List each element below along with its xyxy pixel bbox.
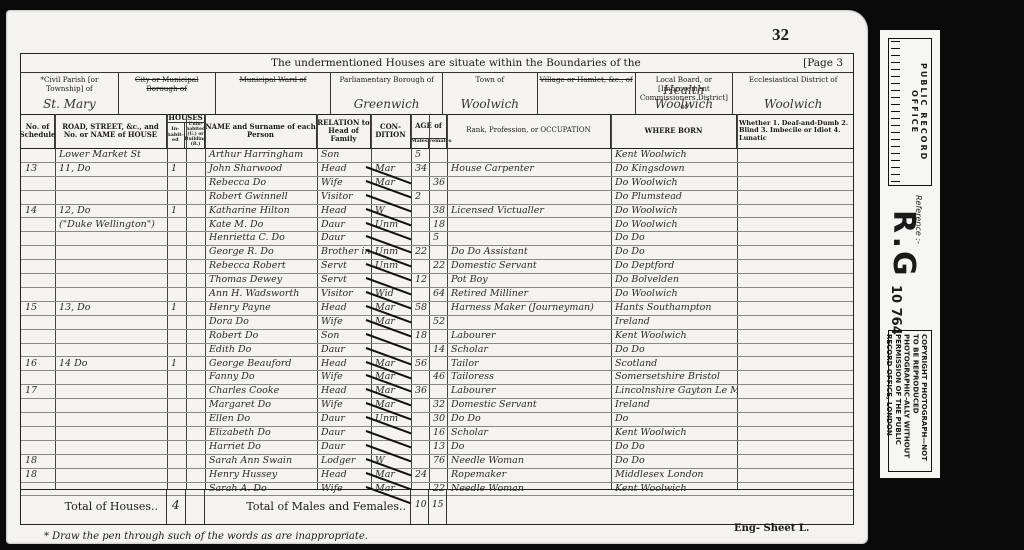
occupation-cell [447, 218, 611, 232]
female-age-cell: 46 [429, 370, 447, 384]
relation-cell: Daur [317, 440, 371, 454]
relation-cell: Visitor [317, 287, 371, 301]
road-cell: 14 Do [55, 357, 167, 371]
male-age-cell [411, 398, 429, 412]
male-age-cell: 12 [411, 273, 429, 287]
table-row: Robert DoSon18LabourerKent Woolwich [21, 329, 853, 344]
male-age-cell [411, 454, 429, 468]
female-age-cell [429, 301, 447, 315]
female-age-cell [429, 329, 447, 343]
male-age-cell [411, 412, 429, 426]
relation-cell: Visitor [317, 190, 371, 204]
total-houses-value: 4 [172, 498, 180, 512]
occupation-cell: Needle Woman [447, 454, 611, 468]
inhabited-cell [167, 329, 186, 343]
table-row: 1614 Do1George BeaufordHeadMar56TailorSc… [21, 357, 853, 372]
table-row: 1412, Do1Katharine HiltonHeadW38Licensed… [21, 204, 853, 219]
occupation-cell [447, 176, 611, 190]
condition-cell [371, 329, 411, 343]
relation-cell: Servt [317, 273, 371, 287]
schedule-cell [21, 329, 55, 343]
relation-cell: Wife [317, 176, 371, 190]
occupation-cell: Do [447, 440, 611, 454]
occupation-cell [447, 231, 611, 245]
schedule-cell [21, 273, 55, 287]
admin-field-value: St. Mary [21, 97, 118, 111]
road-cell [55, 231, 167, 245]
male-age-cell: 5 [411, 148, 429, 162]
admin-field-label: Town of [443, 75, 537, 84]
relation-cell: Head [317, 384, 371, 398]
female-age-cell: 18 [429, 218, 447, 232]
name-cell: Henry Hussey [205, 468, 317, 482]
name-cell: Kate M. Do [205, 218, 317, 232]
male-age-cell: 24 [411, 468, 429, 482]
condition-cell [371, 440, 411, 454]
female-age-cell [429, 273, 447, 287]
inhabited-cell [167, 245, 186, 259]
schedule-cell [21, 176, 55, 190]
header-uninhabited: Unin-habited (U.) or Building (B.) [185, 123, 207, 148]
admin-field-label: Village or Hamlet, &c., of [538, 75, 635, 84]
total-males: 10 [415, 500, 426, 510]
header-relation: RELATION to Head of Family [317, 114, 371, 148]
name-cell: Edith Do [205, 343, 317, 357]
female-age-cell: 76 [429, 454, 447, 468]
header-where-born: WHERE BORN [611, 114, 737, 148]
admin-field: Village or Hamlet, &c., of [538, 72, 636, 114]
inhabited-cell [167, 218, 186, 232]
schedule-cell [21, 259, 55, 273]
male-age-cell [411, 231, 429, 245]
condition-cell: Mar [371, 357, 411, 371]
relation-cell: Daur [317, 426, 371, 440]
where-born-cell: Do Woolwich [611, 218, 737, 232]
schedule-cell [21, 245, 55, 259]
where-born-cell: Somersetshire Bristol [611, 370, 737, 384]
name-cell: Fanny Do [205, 370, 317, 384]
female-age-cell: 64 [429, 287, 447, 301]
table-row: 18Sarah Ann SwainLodgerW76Needle WomanDo… [21, 454, 853, 469]
road-cell [55, 398, 167, 412]
male-age-cell [411, 259, 429, 273]
admin-field: Municipal Ward of [216, 72, 332, 114]
name-cell: Robert Do [205, 329, 317, 343]
relation-cell: Wife [317, 398, 371, 412]
header-name: NAME and Surname of each Person [205, 114, 317, 148]
inhabited-cell [167, 148, 186, 162]
male-age-cell: 58 [411, 301, 429, 315]
where-born-cell: Ireland [611, 398, 737, 412]
relation-cell: Daur [317, 343, 371, 357]
schedule-cell [21, 315, 55, 329]
record-office-label: PUBLIC RECORD OFFICE [910, 39, 928, 185]
relation-cell: Brother in Law [317, 245, 371, 259]
header-road: ROAD, STREET, &c., and No. or NAME of HO… [55, 114, 167, 148]
table-row: Lower Market StArthur HarringhamSon5Kent… [21, 148, 853, 163]
name-cell: Elizabeth Do [205, 426, 317, 440]
administrative-areas: *Civil Parish [or Township] ofSt. MaryCi… [21, 72, 853, 115]
road-cell [55, 426, 167, 440]
admin-field-label: Ecclesiastical District of [733, 75, 853, 84]
inhabited-cell [167, 468, 186, 482]
table-row: Harriet DoDaur13DoDo Do [21, 440, 853, 455]
boundaries-text: The undermentioned Houses are situate wi… [271, 57, 641, 69]
page-label: [Page 3 [803, 57, 843, 69]
occupation-cell: Labourer [447, 384, 611, 398]
table-row: Elizabeth DoDaur16ScholarKent Woolwich [21, 426, 853, 441]
sheet-id: Eng- Sheet L. [734, 523, 809, 534]
condition-cell: Wid [371, 287, 411, 301]
schedule-cell [21, 398, 55, 412]
male-age-cell: 34 [411, 162, 429, 176]
schedule-cell [21, 148, 55, 162]
ruler-scale: PUBLIC RECORD OFFICE [888, 38, 932, 186]
female-age-cell [429, 148, 447, 162]
totals-males-cell: 10 [411, 490, 429, 524]
male-age-cell: 2 [411, 190, 429, 204]
male-age-cell [411, 204, 429, 218]
where-born-cell: Do Woolwich [611, 176, 737, 190]
where-born-cell: Do Do [611, 343, 737, 357]
header-schedule: No. of Schedule [21, 114, 55, 148]
totals-persons-cell: Total of Males and Females.. [205, 490, 411, 524]
table-row: 1311, Do1John SharwoodHeadMar34House Car… [21, 162, 853, 177]
inhabited-cell [167, 370, 186, 384]
schedule-cell: 18 [21, 468, 55, 482]
occupation-cell: Tailor [447, 357, 611, 371]
total-houses-label: Total of Houses.. [65, 500, 158, 513]
table-row: Ann H. WadsworthVisitorWid64Retired Mill… [21, 287, 853, 302]
road-cell [55, 370, 167, 384]
totals-females-cell: 15 [429, 490, 447, 524]
occupation-cell: Scholar [447, 426, 611, 440]
name-cell: Katharine Hilton [205, 204, 317, 218]
condition-cell [371, 190, 411, 204]
admin-field-label: Parliamentary Borough of [331, 75, 442, 84]
column-headers: No. of Schedule ROAD, STREET, &c., and N… [21, 114, 853, 149]
admin-field-label: Municipal Ward of [216, 75, 331, 84]
occupation-cell: Pot Boy [447, 273, 611, 287]
ruler-ticks [891, 41, 909, 183]
header-condition: CON-DITION [371, 114, 411, 148]
occupation-cell: Tailoress [447, 370, 611, 384]
male-age-cell [411, 218, 429, 232]
name-cell: Harriet Do [205, 440, 317, 454]
female-age-cell: 52 [429, 315, 447, 329]
occupation-cell: Ropemaker [447, 468, 611, 482]
name-cell: Rebecca Robert [205, 259, 317, 273]
condition-cell: W [371, 454, 411, 468]
table-row: Henrietta C. DoDaur5Do Do [21, 231, 853, 246]
table-row: George R. DoBrother in LawUnm22Do Do Ass… [21, 245, 853, 260]
page-number: 32 [772, 25, 789, 45]
inhabited-cell [167, 440, 186, 454]
road-cell [55, 440, 167, 454]
name-cell: Henrietta C. Do [205, 231, 317, 245]
male-age-cell [411, 176, 429, 190]
female-age-cell [429, 468, 447, 482]
relation-cell: Daur [317, 412, 371, 426]
inhabited-cell [167, 287, 186, 301]
inhabited-cell [167, 273, 186, 287]
admin-field-value: Greenwich [331, 97, 442, 111]
header-infirmity: Whether 1. Deaf-and-Dumb 2. Blind 3. Imb… [737, 114, 853, 148]
table-row: Ellen DoDaurUnm30Do DoDo [21, 412, 853, 427]
female-age-cell: 30 [429, 412, 447, 426]
road-cell: Lower Market St [55, 148, 167, 162]
road-cell [55, 384, 167, 398]
schedule-cell: 16 [21, 357, 55, 371]
boundaries-header: The undermentioned Houses are situate wi… [21, 54, 853, 73]
road-cell: 13, Do [55, 301, 167, 315]
name-cell: Arthur Harringham [205, 148, 317, 162]
where-born-cell: Do Woolwich [611, 287, 737, 301]
male-age-cell: 22 [411, 245, 429, 259]
relation-cell: Lodger [317, 454, 371, 468]
occupation-cell: Scholar [447, 343, 611, 357]
road-cell: 11, Do [55, 162, 167, 176]
relation-cell: Son [317, 148, 371, 162]
road-cell [55, 412, 167, 426]
occupation-cell [447, 148, 611, 162]
schedule-cell [21, 343, 55, 357]
occupation-cell [447, 315, 611, 329]
condition-cell: Unm [371, 218, 411, 232]
schedule-cell: 18 [21, 454, 55, 468]
occupation-cell: Labourer [447, 329, 611, 343]
where-born-cell: Do Plumstead [611, 190, 737, 204]
relation-cell: Head [317, 468, 371, 482]
admin-field-label: City or Municipal Borough of [119, 75, 215, 93]
header-occupation: Rank, Profession, or OCCUPATION [447, 114, 611, 148]
where-born-cell: Do Kingsdown [611, 162, 737, 176]
header-males: Males [411, 139, 429, 148]
totals-row: Total of Houses.. 4 Total of Males and F… [21, 489, 853, 524]
where-born-cell: Ireland [611, 315, 737, 329]
schedule-cell [21, 412, 55, 426]
census-sheet: 32 The undermentioned Houses are situate… [6, 10, 868, 544]
name-cell: George R. Do [205, 245, 317, 259]
admin-field-value: Woolwich [733, 97, 853, 111]
female-age-cell: 5 [429, 231, 447, 245]
admin-field: *Civil Parish [or Township] ofSt. Mary [21, 72, 119, 114]
where-born-cell: Do Woolwich [611, 204, 737, 218]
name-cell: Rebecca Do [205, 176, 317, 190]
relation-cell: Daur [317, 231, 371, 245]
table-row: Fanny DoWifeMar46TailoressSomersetshire … [21, 370, 853, 385]
where-born-cell: Do Do [611, 245, 737, 259]
male-age-cell [411, 315, 429, 329]
occupation-cell: Domestic Servant [447, 398, 611, 412]
relation-cell: Head [317, 301, 371, 315]
condition-cell: W [371, 204, 411, 218]
table-row: Margaret DoWifeMar32Domestic ServantIrel… [21, 398, 853, 413]
schedule-cell [21, 426, 55, 440]
relation-cell: Head [317, 204, 371, 218]
condition-cell: Mar [371, 301, 411, 315]
condition-cell: Mar [371, 162, 411, 176]
where-born-cell: Kent Woolwich [611, 426, 737, 440]
name-cell: Charles Cooke [205, 384, 317, 398]
occupation-cell: House Carpenter [447, 162, 611, 176]
road-cell [55, 343, 167, 357]
totals-uninhabited-cell [186, 490, 205, 524]
road-cell [55, 190, 167, 204]
table-row: Robert GwinnellVisitor2Do Plumstead [21, 190, 853, 205]
occupation-cell: Retired Milliner [447, 287, 611, 301]
name-cell: Thomas Dewey [205, 273, 317, 287]
inhabited-cell: 1 [167, 204, 186, 218]
table-row: Rebecca RobertServtUnm22Domestic Servant… [21, 259, 853, 274]
admin-field: City or Municipal Borough of [119, 72, 216, 114]
road-cell [55, 287, 167, 301]
where-born-cell: Scotland [611, 357, 737, 371]
road-cell [55, 329, 167, 343]
occupation-cell [447, 190, 611, 204]
schedule-cell: 14 [21, 204, 55, 218]
male-age-cell [411, 370, 429, 384]
where-born-cell: Hants Southampton [611, 301, 737, 315]
road-cell [55, 245, 167, 259]
occupation-cell: Domestic Servant [447, 259, 611, 273]
header-inhabited: In-habit-ed [167, 123, 185, 148]
admin-field-label: *Civil Parish [or Township] of [21, 75, 118, 93]
inhabited-cell [167, 398, 186, 412]
series-code: R.G [886, 210, 921, 279]
female-age-cell: 32 [429, 398, 447, 412]
admin-field: Parliamentary Borough ofGreenwich [331, 72, 443, 114]
schedule-cell [21, 231, 55, 245]
where-born-cell: Lincolnshire Gayton Le Marsh [611, 384, 737, 398]
name-cell: Ellen Do [205, 412, 317, 426]
name-cell: George Beauford [205, 357, 317, 371]
inhabited-cell [167, 231, 186, 245]
male-age-cell [411, 426, 429, 440]
road-cell [55, 454, 167, 468]
schedule-cell [21, 440, 55, 454]
table-row: Thomas DeweyServt12Pot BoyDo Bolvelden [21, 273, 853, 288]
female-age-cell: 13 [429, 440, 447, 454]
name-cell: Dora Do [205, 315, 317, 329]
occupation-cell: Licensed Victualler [447, 204, 611, 218]
admin-field-value: Health Woolwich [636, 83, 733, 111]
female-age-cell: 14 [429, 343, 447, 357]
occupation-cell: Harness Maker (Journeyman) [447, 301, 611, 315]
schedule-cell [21, 370, 55, 384]
male-age-cell: 56 [411, 357, 429, 371]
inhabited-cell [167, 426, 186, 440]
male-age-cell: 36 [411, 384, 429, 398]
name-cell: Ann H. Wadsworth [205, 287, 317, 301]
table-row: ("Duke Wellington")Kate M. DoDaurUnm18Do… [21, 218, 853, 233]
table-row: 17Charles CookeHeadMar36LabourerLincolns… [21, 384, 853, 399]
road-cell [55, 176, 167, 190]
where-born-cell: Do Do [611, 440, 737, 454]
female-age-cell: 38 [429, 204, 447, 218]
inhabited-cell [167, 259, 186, 273]
female-age-cell [429, 162, 447, 176]
schedule-cell [21, 287, 55, 301]
table-row: Dora DoWifeMar52Ireland [21, 315, 853, 330]
where-born-cell: Do Bolvelden [611, 273, 737, 287]
name-cell: Sarah Ann Swain [205, 454, 317, 468]
female-age-cell: 16 [429, 426, 447, 440]
road-cell [55, 315, 167, 329]
census-form: The undermentioned Houses are situate wi… [20, 53, 854, 525]
female-age-cell [429, 245, 447, 259]
admin-field-value: Woolwich [443, 97, 537, 111]
occupation-cell: Do Do [447, 412, 611, 426]
where-born-cell: Middlesex London [611, 468, 737, 482]
inhabited-cell [167, 454, 186, 468]
inhabited-cell: 1 [167, 301, 186, 315]
condition-cell: Mar [371, 468, 411, 482]
name-cell: John Sharwood [205, 162, 317, 176]
condition-cell: Mar [371, 315, 411, 329]
condition-cell [371, 343, 411, 357]
where-born-cell: Do Do [611, 231, 737, 245]
male-age-cell [411, 343, 429, 357]
table-row: 18Henry HusseyHeadMar24RopemakerMiddlese… [21, 468, 853, 483]
male-age-cell [411, 287, 429, 301]
table-row: Edith DoDaur14ScholarDo Do [21, 343, 853, 358]
female-age-cell [429, 357, 447, 371]
road-cell [55, 468, 167, 482]
where-born-cell: Do Do [611, 454, 737, 468]
schedule-cell: 17 [21, 384, 55, 398]
inhabited-cell [167, 176, 186, 190]
where-born-cell: Kent Woolwich [611, 329, 737, 343]
relation-cell: Son [317, 329, 371, 343]
name-cell: Henry Payne [205, 301, 317, 315]
total-females: 15 [432, 500, 443, 510]
occupation-cell: Do Do Assistant [447, 245, 611, 259]
female-age-cell [429, 190, 447, 204]
male-age-cell [411, 440, 429, 454]
road-cell: 12, Do [55, 204, 167, 218]
total-persons-label: Total of Males and Females.. [246, 500, 406, 513]
relation-cell: Wife [317, 315, 371, 329]
relation-cell: Head [317, 162, 371, 176]
schedule-cell [21, 190, 55, 204]
admin-field: Ecclesiastical District ofWoolwich [733, 72, 853, 114]
road-cell [55, 273, 167, 287]
inhabited-cell: 1 [167, 162, 186, 176]
inhabited-cell [167, 190, 186, 204]
totals-houses-value-cell: 4 [167, 490, 186, 524]
name-cell: Robert Gwinnell [205, 190, 317, 204]
admin-field: Town ofWoolwich [443, 72, 538, 114]
schedule-cell [21, 218, 55, 232]
relation-cell: Servt [317, 259, 371, 273]
inhabited-cell [167, 412, 186, 426]
road-cell: ("Duke Wellington") [55, 218, 167, 232]
name-cell: Margaret Do [205, 398, 317, 412]
schedule-cell: 13 [21, 162, 55, 176]
road-cell [55, 259, 167, 273]
female-age-cell [429, 384, 447, 398]
relation-cell: Daur [317, 218, 371, 232]
schedule-cell: 15 [21, 301, 55, 315]
relation-cell: Wife [317, 370, 371, 384]
table-row: 1513, Do1Henry PayneHeadMar58Harness Mak… [21, 301, 853, 316]
female-age-cell: 36 [429, 176, 447, 190]
condition-cell [371, 426, 411, 440]
footnote: * Draw the pen through such of the words… [44, 531, 368, 542]
inhabited-cell: 1 [167, 357, 186, 371]
relation-cell: Head [317, 357, 371, 371]
